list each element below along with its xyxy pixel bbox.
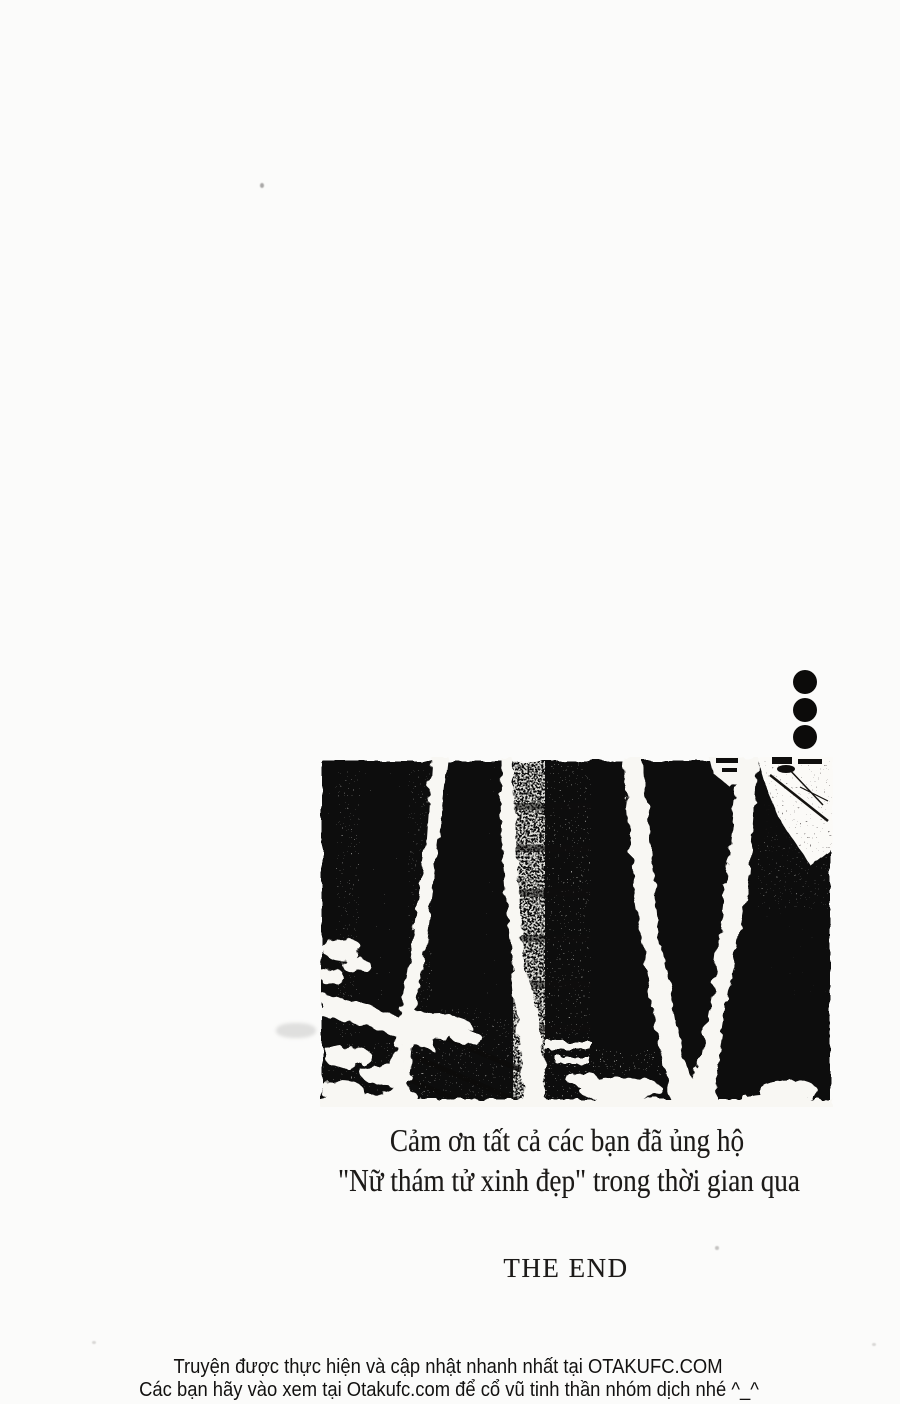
manga-page: Cảm ơn tất cả các bạn đã ủng hộ "Nữ thám… [0,0,900,1404]
footer-credit-line-2: Các bạn hãy vào xem tại Otakufc.com để c… [139,1380,759,1400]
scan-speck [92,1341,96,1344]
thanks-message-line-2: "Nữ thám tử xinh đẹp" trong thời gian qu… [338,1164,800,1196]
footer-credit-line-1: Truyện được thực hiện và cập nhật nhanh … [173,1357,722,1377]
scan-smudge [276,1023,316,1038]
scan-speck [872,1343,876,1346]
corner-dot [793,725,817,749]
the-end-label: THE END [503,1255,628,1282]
corner-dot [793,670,817,694]
artwork-image [320,757,833,1107]
scan-speck [260,183,264,188]
thanks-message-line-1: Cảm ơn tất cả các bạn đã ủng hộ [390,1124,744,1156]
corner-dot [793,698,817,722]
scan-speck [715,1246,719,1250]
